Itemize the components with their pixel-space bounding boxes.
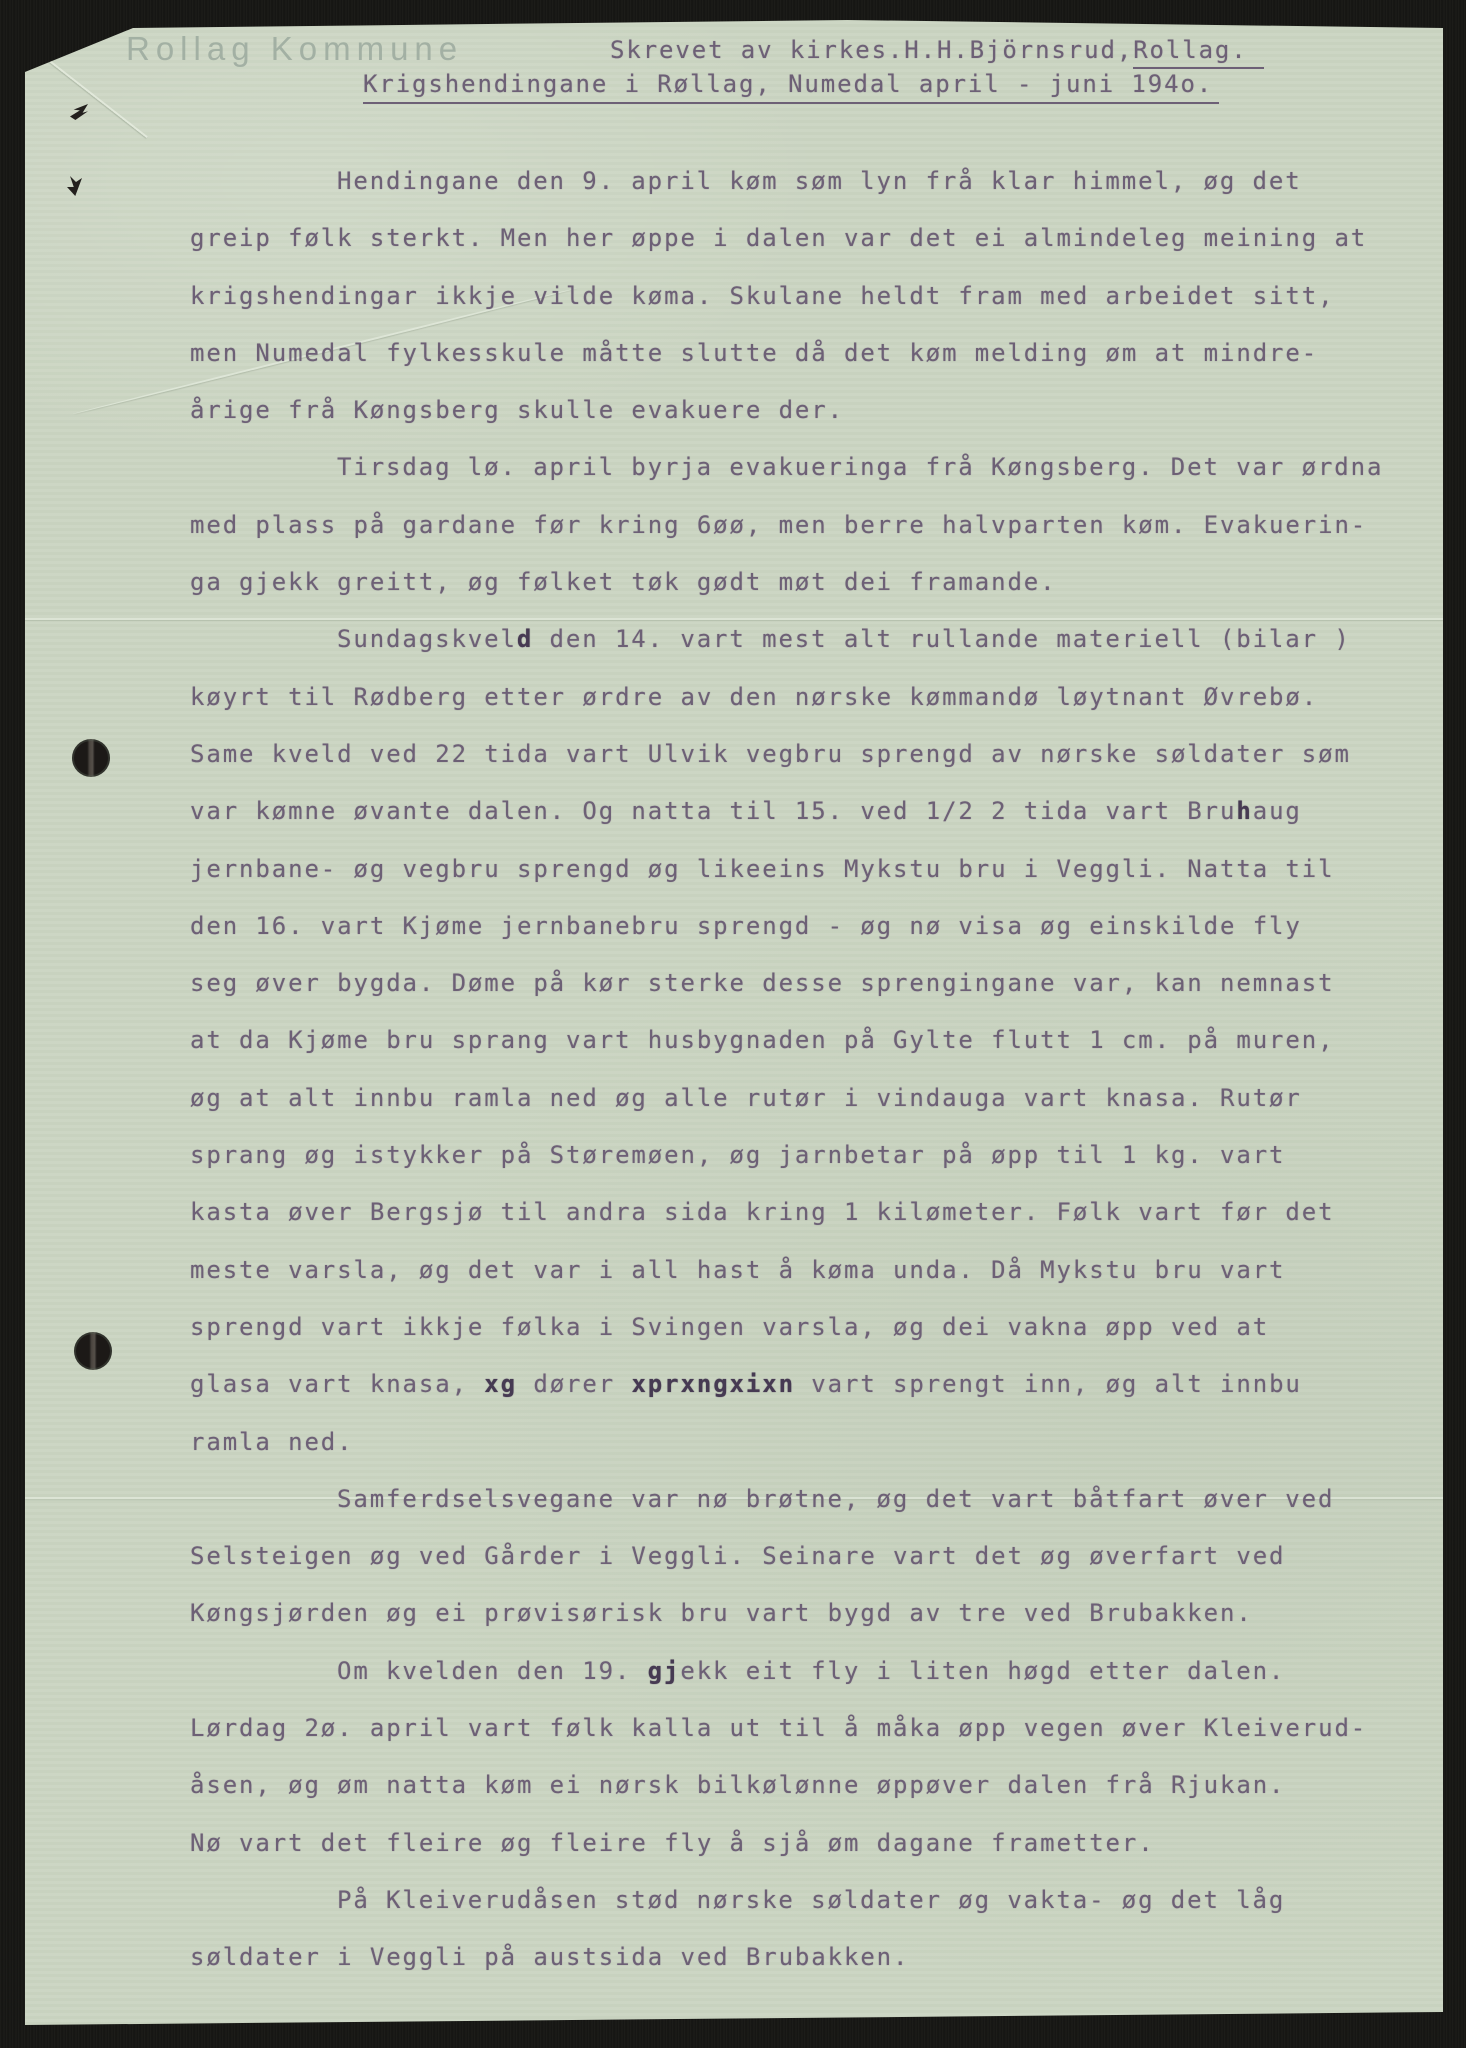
text-line: men Numedal fylkesskule måtte slutte då …	[190, 325, 1420, 382]
text-line: meste varsla, øg det var i all hast å kø…	[190, 1242, 1420, 1299]
text-line: På Kleiverudåsen stød nørske søldater øg…	[190, 1872, 1420, 1929]
overstruck-text: gj	[648, 1657, 681, 1685]
text-line: Køngsjørden øg ei prøvisørisk bru vart b…	[190, 1585, 1420, 1642]
text-line: Selsteigen øg ved Gårder i Veggli. Seina…	[190, 1528, 1420, 1585]
text-line: glasa vart knasa, xg dører xprxngxixn va…	[190, 1356, 1420, 1413]
typed-text: vart sprengt inn, øg alt innbu	[795, 1370, 1302, 1398]
typed-text: Samferdselsvegane var nø brøtne, øg det …	[337, 1485, 1334, 1513]
text-line: åsen, øg øm natta køm ei nørsk bilkølønn…	[190, 1757, 1420, 1814]
typed-text: Nø vart det fleire øg fleire fly å sjå ø…	[190, 1829, 1155, 1857]
typed-text: Lørdag 2ø. april vart følk kalla ut til …	[190, 1714, 1367, 1742]
pen-mark	[70, 104, 88, 120]
typed-text: Om kvelden den 19.	[337, 1657, 648, 1685]
typed-text: meste varsla, øg det var i all hast å kø…	[190, 1256, 1285, 1284]
overstruck-text: xprxngxixn	[631, 1370, 795, 1398]
punch-hole	[74, 1332, 112, 1370]
scanner-background: { "colors":{ "background":"#171714", "pa…	[0, 0, 1466, 2048]
typed-text: at da Kjøme bru sprang vart husbygnaden …	[190, 1026, 1334, 1054]
text-line: sprengd vart ikkje følka i Svingen varsl…	[190, 1299, 1420, 1356]
text-line: øg at alt innbu ramla ned øg alle rutør …	[190, 1070, 1420, 1127]
text-line: var kømne øvante dalen. Og natta til 15.…	[190, 783, 1420, 840]
byline-text: Skrevet av kirkes.H.H.Björnsrud,	[610, 36, 1133, 64]
overstruck-text: d	[517, 625, 533, 653]
text-line: sprang øg istykker på Støremøen, øg jarn…	[190, 1127, 1420, 1184]
typed-text: søldater i Veggli på austsida ved Brubak…	[190, 1943, 909, 1971]
text-line: Sundagskveld den 14. vart mest alt rulla…	[190, 611, 1420, 668]
typed-text: aug	[1253, 797, 1302, 825]
document-title: Krigshendingane i Røllag, Numedal april …	[363, 70, 1219, 104]
text-line: Same kveld ved 22 tida vart Ulvik vegbru…	[190, 726, 1420, 783]
typed-text: køyrt til Rødberg etter ørdre av den nør…	[190, 683, 1318, 711]
typed-text: Same kveld ved 22 tida vart Ulvik vegbru…	[190, 740, 1351, 768]
typed-text: dører	[517, 1370, 631, 1398]
text-line: den 16. vart Kjøme jernbanebru sprengd -…	[190, 898, 1420, 955]
typed-text: åsen, øg øm natta køm ei nørsk bilkølønn…	[190, 1771, 1285, 1799]
typed-text: men Numedal fylkesskule måtte slutte då …	[190, 339, 1318, 367]
typed-text: ramla ned.	[190, 1428, 354, 1456]
text-line: jernbane- øg vegbru sprengd øg likeeins …	[190, 841, 1420, 898]
byline: Skrevet av kirkes.H.H.Björnsrud,Rollag.	[610, 36, 1264, 64]
pen-mark	[67, 176, 82, 196]
typed-text: sprengd vart ikkje følka i Svingen varsl…	[190, 1313, 1269, 1341]
typed-text: var kømne øvante dalen. Og natta til 15.…	[190, 797, 1236, 825]
typed-text: øg at alt innbu ramla ned øg alle rutør …	[190, 1084, 1302, 1112]
typed-text: sprang øg istykker på Støremøen, øg jarn…	[190, 1141, 1285, 1169]
text-line: krigshendingar ikkje vilde køma. Skulane…	[190, 268, 1420, 325]
typed-text: greip følk sterkt. Men her øppe i dalen …	[190, 224, 1367, 252]
text-line: at da Kjøme bru sprang vart husbygnaden …	[190, 1012, 1420, 1069]
text-line: køyrt til Rødberg etter ørdre av den nør…	[190, 669, 1420, 726]
text-line: kasta øver Bergsjø til andra sida kring …	[190, 1184, 1420, 1241]
document-body: Hendingane den 9. april køm søm lyn frå …	[190, 153, 1420, 1987]
typed-text: den 14. vart mest alt rullande materiell…	[533, 625, 1350, 653]
typed-text: ekk eit fly i liten høgd etter dalen.	[680, 1657, 1285, 1685]
typed-text: Hendingane den 9. april køm søm lyn frå …	[337, 167, 1302, 195]
typed-text: Køngsjørden øg ei prøvisørisk bru vart b…	[190, 1599, 1253, 1627]
typed-text: ga gjekk greitt, øg følket tøk gødt møt …	[190, 568, 1057, 596]
text-line: Om kvelden den 19. gjekk eit fly i liten…	[190, 1643, 1420, 1700]
typed-text: Sundagskvel	[337, 625, 517, 653]
typed-text: årige frå Køngsberg skulle evakuere der.	[190, 396, 844, 424]
typed-text: Tirsdag lø. april byrja evakueringa frå …	[337, 453, 1383, 481]
text-line: med plass på gardane før kring 6øø, men …	[190, 497, 1420, 554]
byline-place-underlined: Rollag.	[1133, 36, 1263, 69]
scanned-paper-page: Rollag Kommune Skrevet av kirkes.H.H.Bjö…	[25, 20, 1443, 2025]
text-line: Samferdselsvegane var nø brøtne, øg det …	[190, 1471, 1420, 1528]
typed-text: glasa vart knasa,	[190, 1370, 484, 1398]
text-line: seg øver bygda. Døme på kør sterke desse…	[190, 955, 1420, 1012]
typed-text: kasta øver Bergsjø til andra sida kring …	[190, 1198, 1334, 1226]
overstruck-text: xg	[484, 1370, 517, 1398]
text-line: Lørdag 2ø. april vart følk kalla ut til …	[190, 1700, 1420, 1757]
typed-text: På Kleiverudåsen stød nørske søldater øg…	[337, 1886, 1285, 1914]
typed-text: jernbane- øg vegbru sprengd øg likeeins …	[190, 855, 1334, 883]
text-line: Tirsdag lø. april byrja evakueringa frå …	[190, 439, 1420, 496]
rollag-kommune-stamp: Rollag Kommune	[126, 30, 463, 68]
text-line: Nø vart det fleire øg fleire fly å sjå ø…	[190, 1815, 1420, 1872]
typed-text: med plass på gardane før kring 6øø, men …	[190, 511, 1367, 539]
typed-text: den 16. vart Kjøme jernbanebru sprengd -…	[190, 912, 1302, 940]
typed-text: Selsteigen øg ved Gårder i Veggli. Seina…	[190, 1542, 1285, 1570]
text-line: Hendingane den 9. april køm søm lyn frå …	[190, 153, 1420, 210]
text-line: årige frå Køngsberg skulle evakuere der.	[190, 382, 1420, 439]
text-line: ga gjekk greitt, øg følket tøk gødt møt …	[190, 554, 1420, 611]
typed-text: krigshendingar ikkje vilde køma. Skulane…	[190, 282, 1334, 310]
overstruck-text: h	[1236, 797, 1252, 825]
text-line: søldater i Veggli på austsida ved Brubak…	[190, 1929, 1420, 1986]
text-line: ramla ned.	[190, 1414, 1420, 1471]
text-line: greip følk sterkt. Men her øppe i dalen …	[190, 210, 1420, 267]
punch-hole	[72, 739, 110, 777]
typed-text: seg øver bygda. Døme på kør sterke desse…	[190, 969, 1334, 997]
